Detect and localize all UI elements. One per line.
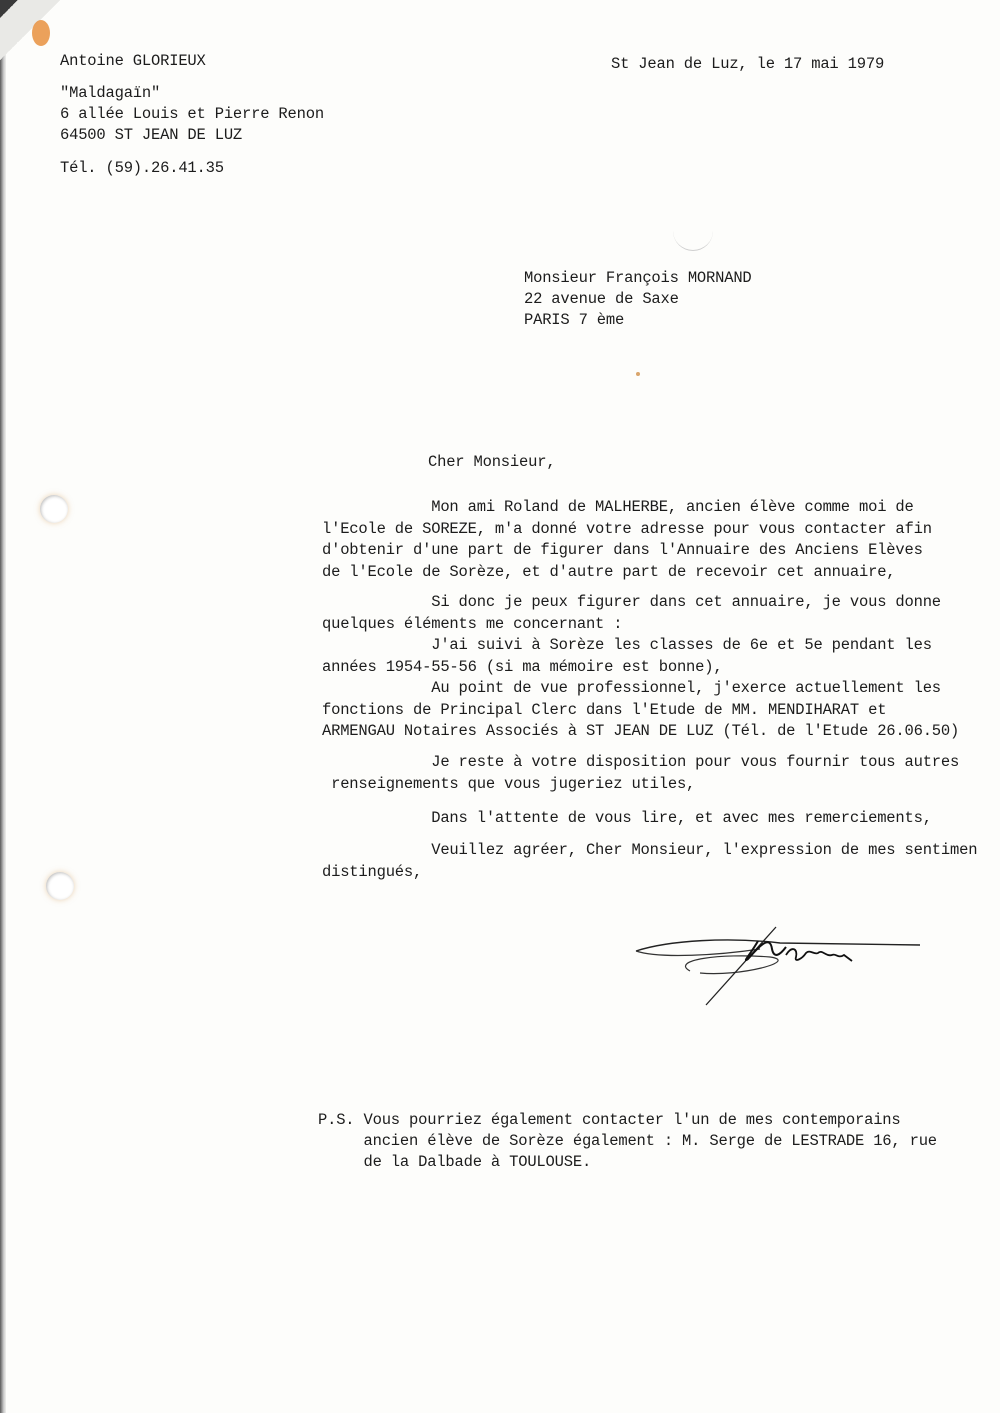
date-line: St Jean de Luz, le 17 mai 1979	[611, 54, 884, 75]
sender-city: 64500 ST JEAN DE LUZ	[60, 125, 242, 146]
paper-mark	[673, 220, 713, 251]
recipient-name: Monsieur François MORNAND	[524, 268, 752, 289]
stain-mark	[32, 20, 50, 46]
paragraph-introduction: Mon ami Roland de MALHERBE, ancien élève…	[322, 497, 1000, 583]
recipient-city: PARIS 7 ème	[524, 310, 624, 331]
sender-name: Antoine GLORIEUX	[60, 51, 206, 72]
punch-hole-icon	[46, 872, 74, 900]
sender-phone: Tél. (59).26.41.35	[60, 158, 224, 179]
paragraph-availability: Je reste à votre disposition pour vous f…	[322, 752, 1000, 795]
sender-street: 6 allée Louis et Pierre Renon	[60, 104, 324, 125]
postscript: P.S. Vous pourriez également contacter l…	[318, 1110, 937, 1173]
page-edge-shadow	[0, 0, 6, 1413]
paragraph-closing: Veuillez agréer, Cher Monsieur, l'expres…	[322, 840, 1000, 883]
recipient-street: 22 avenue de Saxe	[524, 289, 679, 310]
paragraph-details: Si donc je peux figurer dans cet annuair…	[322, 592, 1000, 743]
greeting: Cher Monsieur,	[428, 452, 555, 473]
punch-hole-icon	[40, 495, 68, 523]
paper-speck	[636, 372, 640, 376]
paragraph-thanks: Dans l'attente de vous lire, et avec mes…	[322, 808, 1000, 830]
handwritten-signature-icon	[630, 915, 930, 1015]
sender-house-name: "Maldagaïn"	[60, 83, 160, 104]
